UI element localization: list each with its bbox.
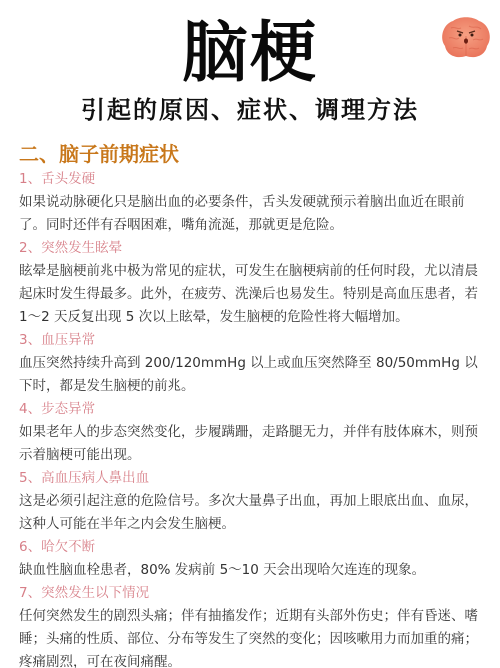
section-title: 二、脑子前期症状 bbox=[19, 140, 485, 168]
item-body: 如果说动脉硬化只是脑出血的必要条件，舌头发硬就预示着脑出血近在眼前了。同时还伴有… bbox=[19, 191, 485, 237]
symptom-item-6: 6、哈欠不断 缺血性脑血栓患者，80% 发病前 5～10 天会出现哈欠连连的现象… bbox=[19, 536, 485, 582]
item-body: 任何突然发生的剧烈头痛；伴有抽搐发作；近期有头部外伤史；伴有昏迷、嗜睡；头痛的性… bbox=[19, 605, 485, 668]
item-title: 2、突然发生眩晕 bbox=[19, 237, 485, 260]
item-body: 这是必须引起注意的危险信号。多次大量鼻子出血，再加上眼底出血、血尿，这种人可能在… bbox=[19, 490, 485, 536]
main-title: 脑梗 bbox=[0, 14, 500, 90]
item-body: 如果老年人的步态突然变化，步履蹒跚，走路腿无力，并伴有肢体麻木，则预示着脑梗可能… bbox=[19, 421, 485, 467]
item-title: 3、血压异常 bbox=[19, 329, 485, 352]
item-body: 眩晕是脑梗前兆中极为常见的症状，可发生在脑梗病前的任何时段，尤以清晨起床时发生得… bbox=[19, 260, 485, 329]
brain-mascot-icon bbox=[439, 16, 493, 60]
item-body: 缺血性脑血栓患者，80% 发病前 5～10 天会出现哈欠连连的现象。 bbox=[19, 559, 485, 582]
symptom-item-7: 7、突然发生以下情况 任何突然发生的剧烈头痛；伴有抽搐发作；近期有头部外伤史；伴… bbox=[19, 582, 485, 668]
item-title: 1、舌头发硬 bbox=[19, 168, 485, 191]
item-title: 5、高血压病人鼻出血 bbox=[19, 467, 485, 490]
symptoms-section: 二、脑子前期症状 1、舌头发硬 如果说动脉硬化只是脑出血的必要条件，舌头发硬就预… bbox=[19, 140, 485, 668]
item-title: 4、步态异常 bbox=[19, 398, 485, 421]
symptom-item-5: 5、高血压病人鼻出血 这是必须引起注意的危险信号。多次大量鼻子出血，再加上眼底出… bbox=[19, 467, 485, 536]
symptom-item-2: 2、突然发生眩晕 眩晕是脑梗前兆中极为常见的症状，可发生在脑梗病前的任何时段，尤… bbox=[19, 237, 485, 329]
symptom-item-4: 4、步态异常 如果老年人的步态突然变化，步履蹒跚，走路腿无力，并伴有肢体麻木，则… bbox=[19, 398, 485, 467]
symptom-item-1: 1、舌头发硬 如果说动脉硬化只是脑出血的必要条件，舌头发硬就预示着脑出血近在眼前… bbox=[19, 168, 485, 237]
sub-title: 引起的原因、症状、调理方法 bbox=[0, 94, 500, 126]
item-title: 7、突然发生以下情况 bbox=[19, 582, 485, 605]
item-title: 6、哈欠不断 bbox=[19, 536, 485, 559]
item-body: 血压突然持续升高到 200/120mmHg 以上或血压突然降至 80/50mmH… bbox=[19, 352, 485, 398]
symptom-item-3: 3、血压异常 血压突然持续升高到 200/120mmHg 以上或血压突然降至 8… bbox=[19, 329, 485, 398]
